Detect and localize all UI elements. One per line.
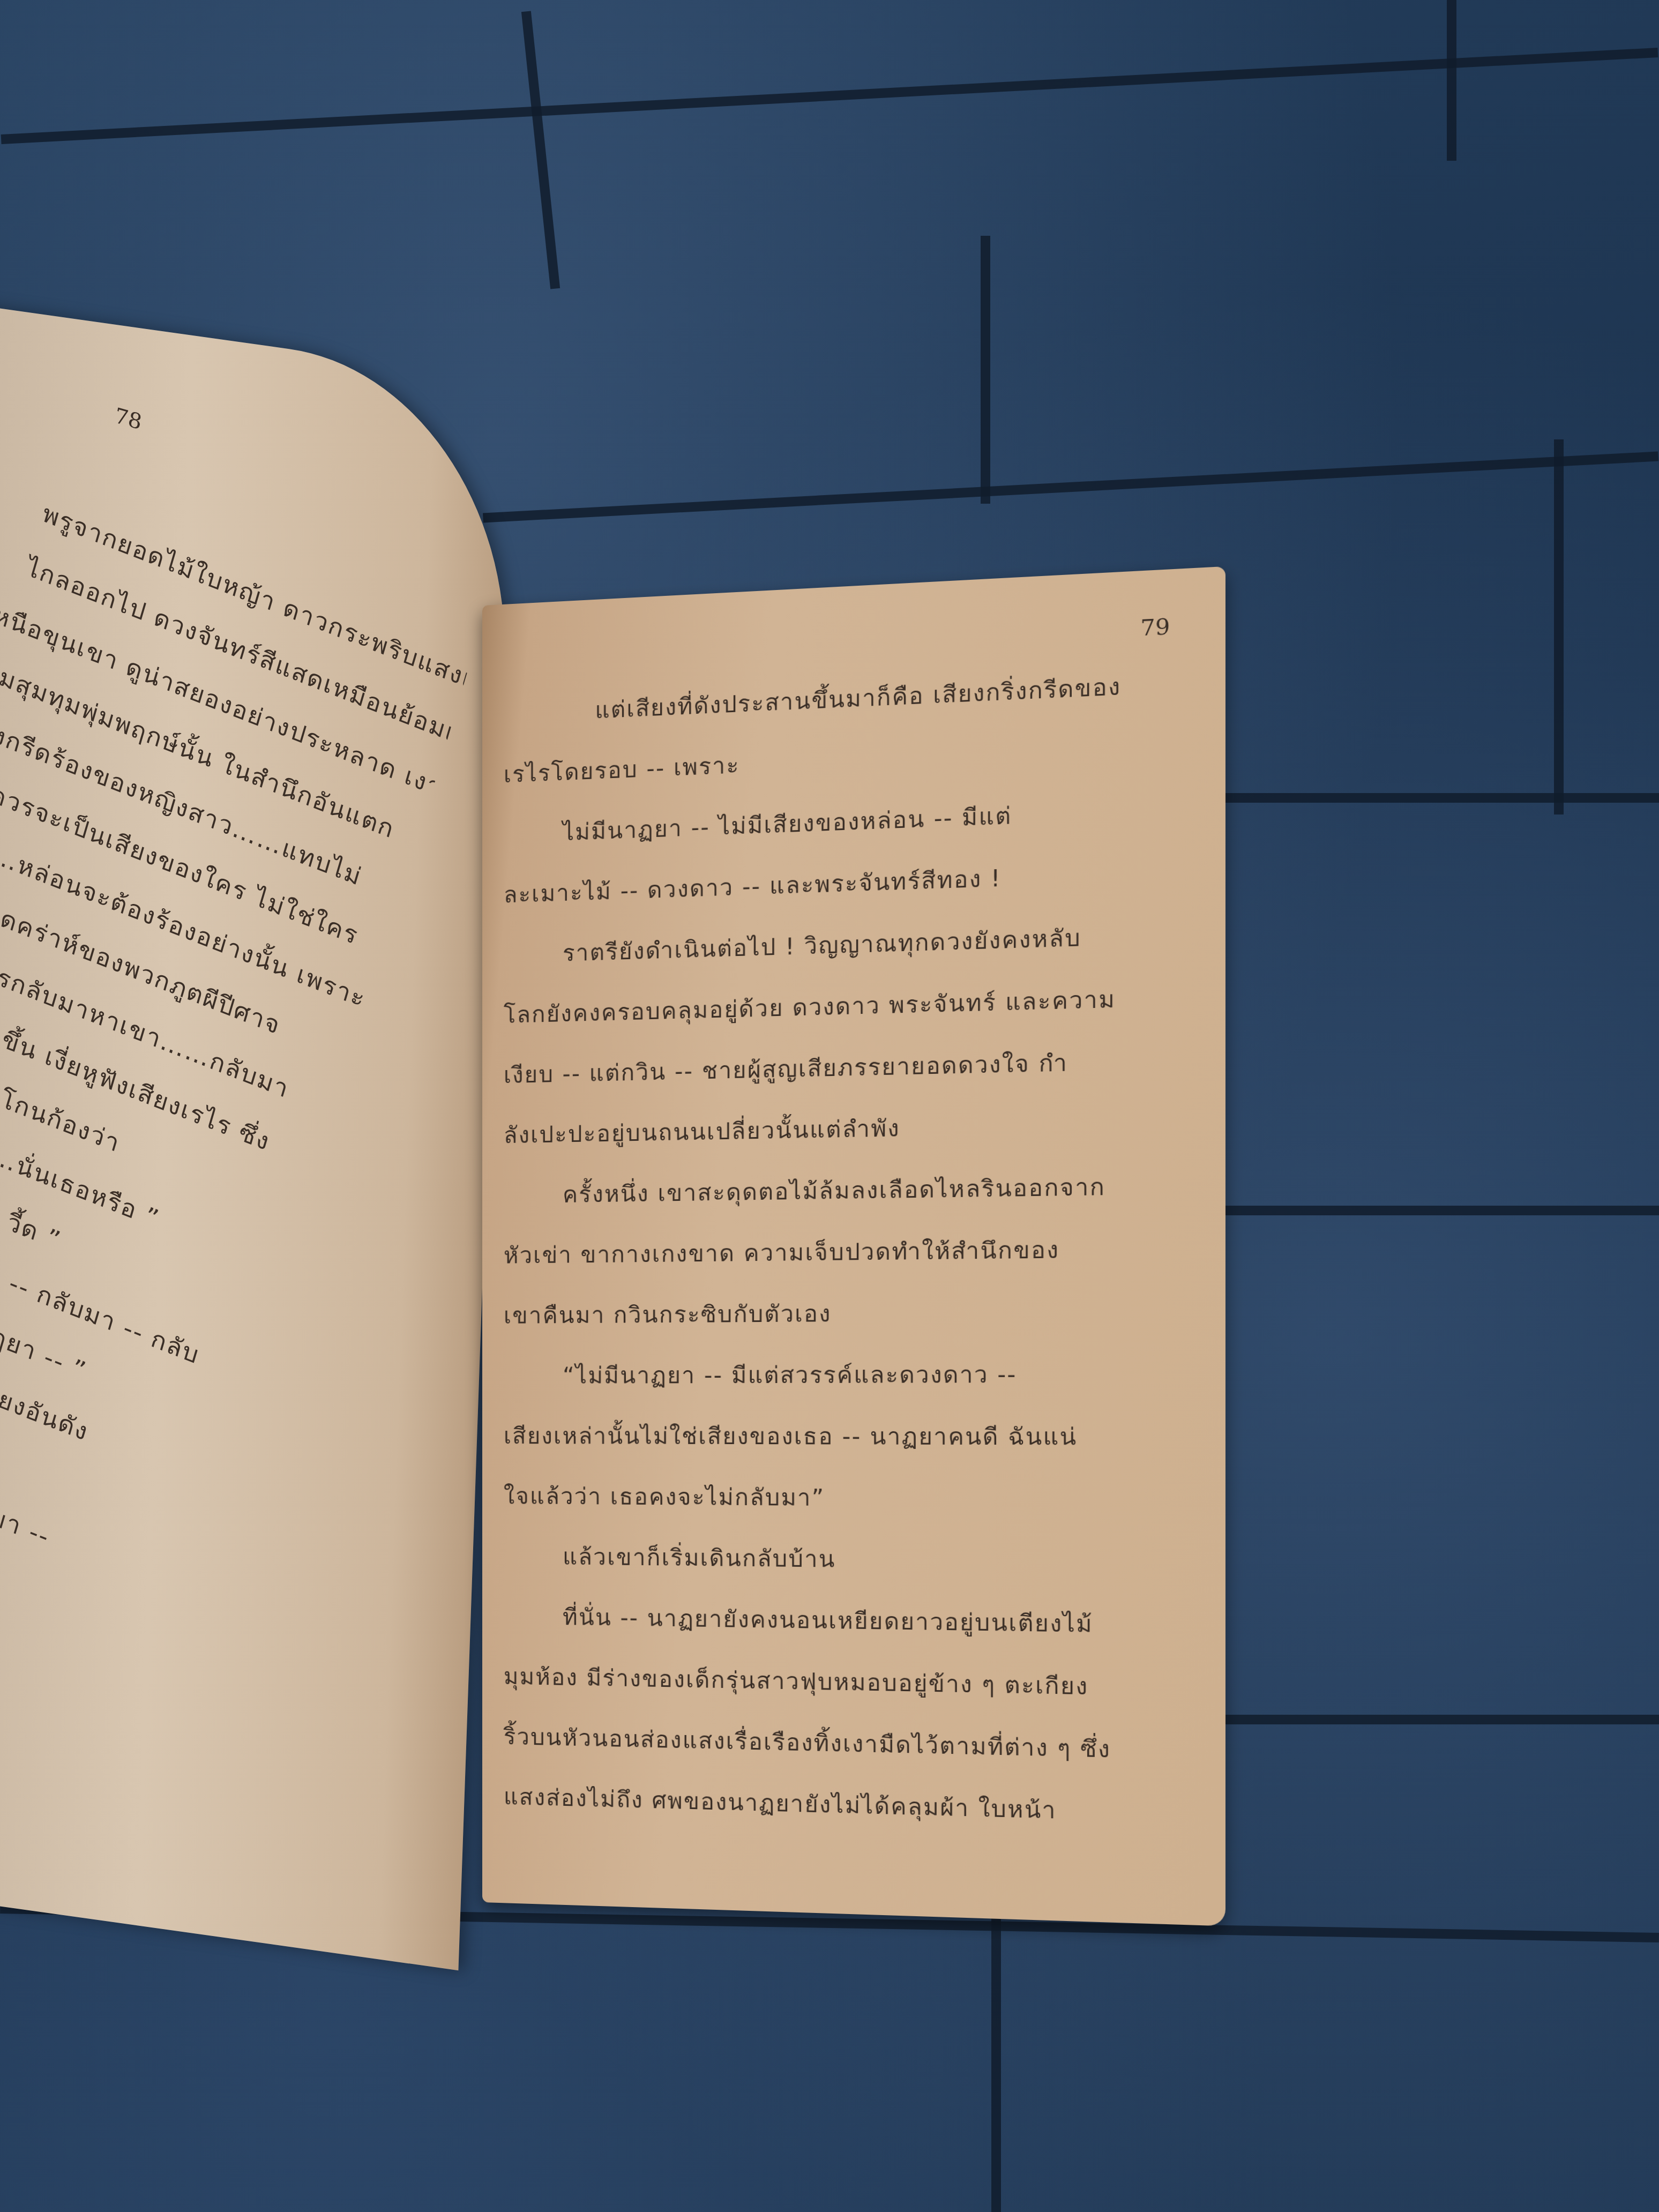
page-number: 79 [1140, 614, 1170, 641]
text-line: เสียงเหล่านั้นไม่ใช่เสียงของเธอ -- นาฏยา… [504, 1406, 1191, 1469]
mortar-line [1152, 1206, 1659, 1215]
mortar-line [1554, 439, 1564, 814]
page-number: 78 [113, 403, 144, 435]
mortar-line [1, 48, 1658, 144]
mortar-line [1447, 0, 1456, 161]
text-line: ที่นั่น -- นาฏยายังคงนอนเหยียดยาวอยู่บนเ… [504, 1586, 1191, 1657]
mortar-line [1152, 793, 1659, 803]
mortar-line [991, 1908, 1001, 2212]
left-book-page: 78 พรูจากยอดไม้ใบหญ้า ดาวกระพริบแสงเจ้า … [0, 305, 514, 1970]
mortar-line [521, 11, 560, 289]
text-line: “ไม่มีนาฏยา -- มีแต่สวรรค์และดวงดาว -- [504, 1343, 1191, 1406]
mortar-line [1179, 1715, 1659, 1724]
page-text: แต่เสียงที่ดังประสานขึ้นมาก็คือ เสียงกริ… [504, 652, 1191, 1845]
text-line: แล้วเขาก็เริ่มเดินกลับบ้าน [504, 1526, 1191, 1594]
text-line: หัวเข่า ขากางเกงขาด ความเจ็บปวดทำให้สำนึ… [504, 1217, 1191, 1286]
text-line: ครั้งหนึ่ง เขาสะดุดตอไม้ล้มลงเลือดไหลริน… [504, 1155, 1191, 1226]
page-text: พรูจากยอดไม้ใบหญ้า ดาวกระพริบแสงเจ้า ไกล… [0, 463, 474, 1622]
text-line: ใจแล้วว่า เธอคงจะไม่กลับมา” [504, 1466, 1191, 1531]
mortar-line [483, 452, 1658, 523]
mortar-line [981, 236, 990, 504]
text-line: เขาคืนมา กวินกระซิบกับตัวเอง [504, 1280, 1191, 1346]
right-book-page: 79 แต่เสียงที่ดังประสานขึ้นมาก็คือ เสียง… [482, 566, 1225, 1926]
